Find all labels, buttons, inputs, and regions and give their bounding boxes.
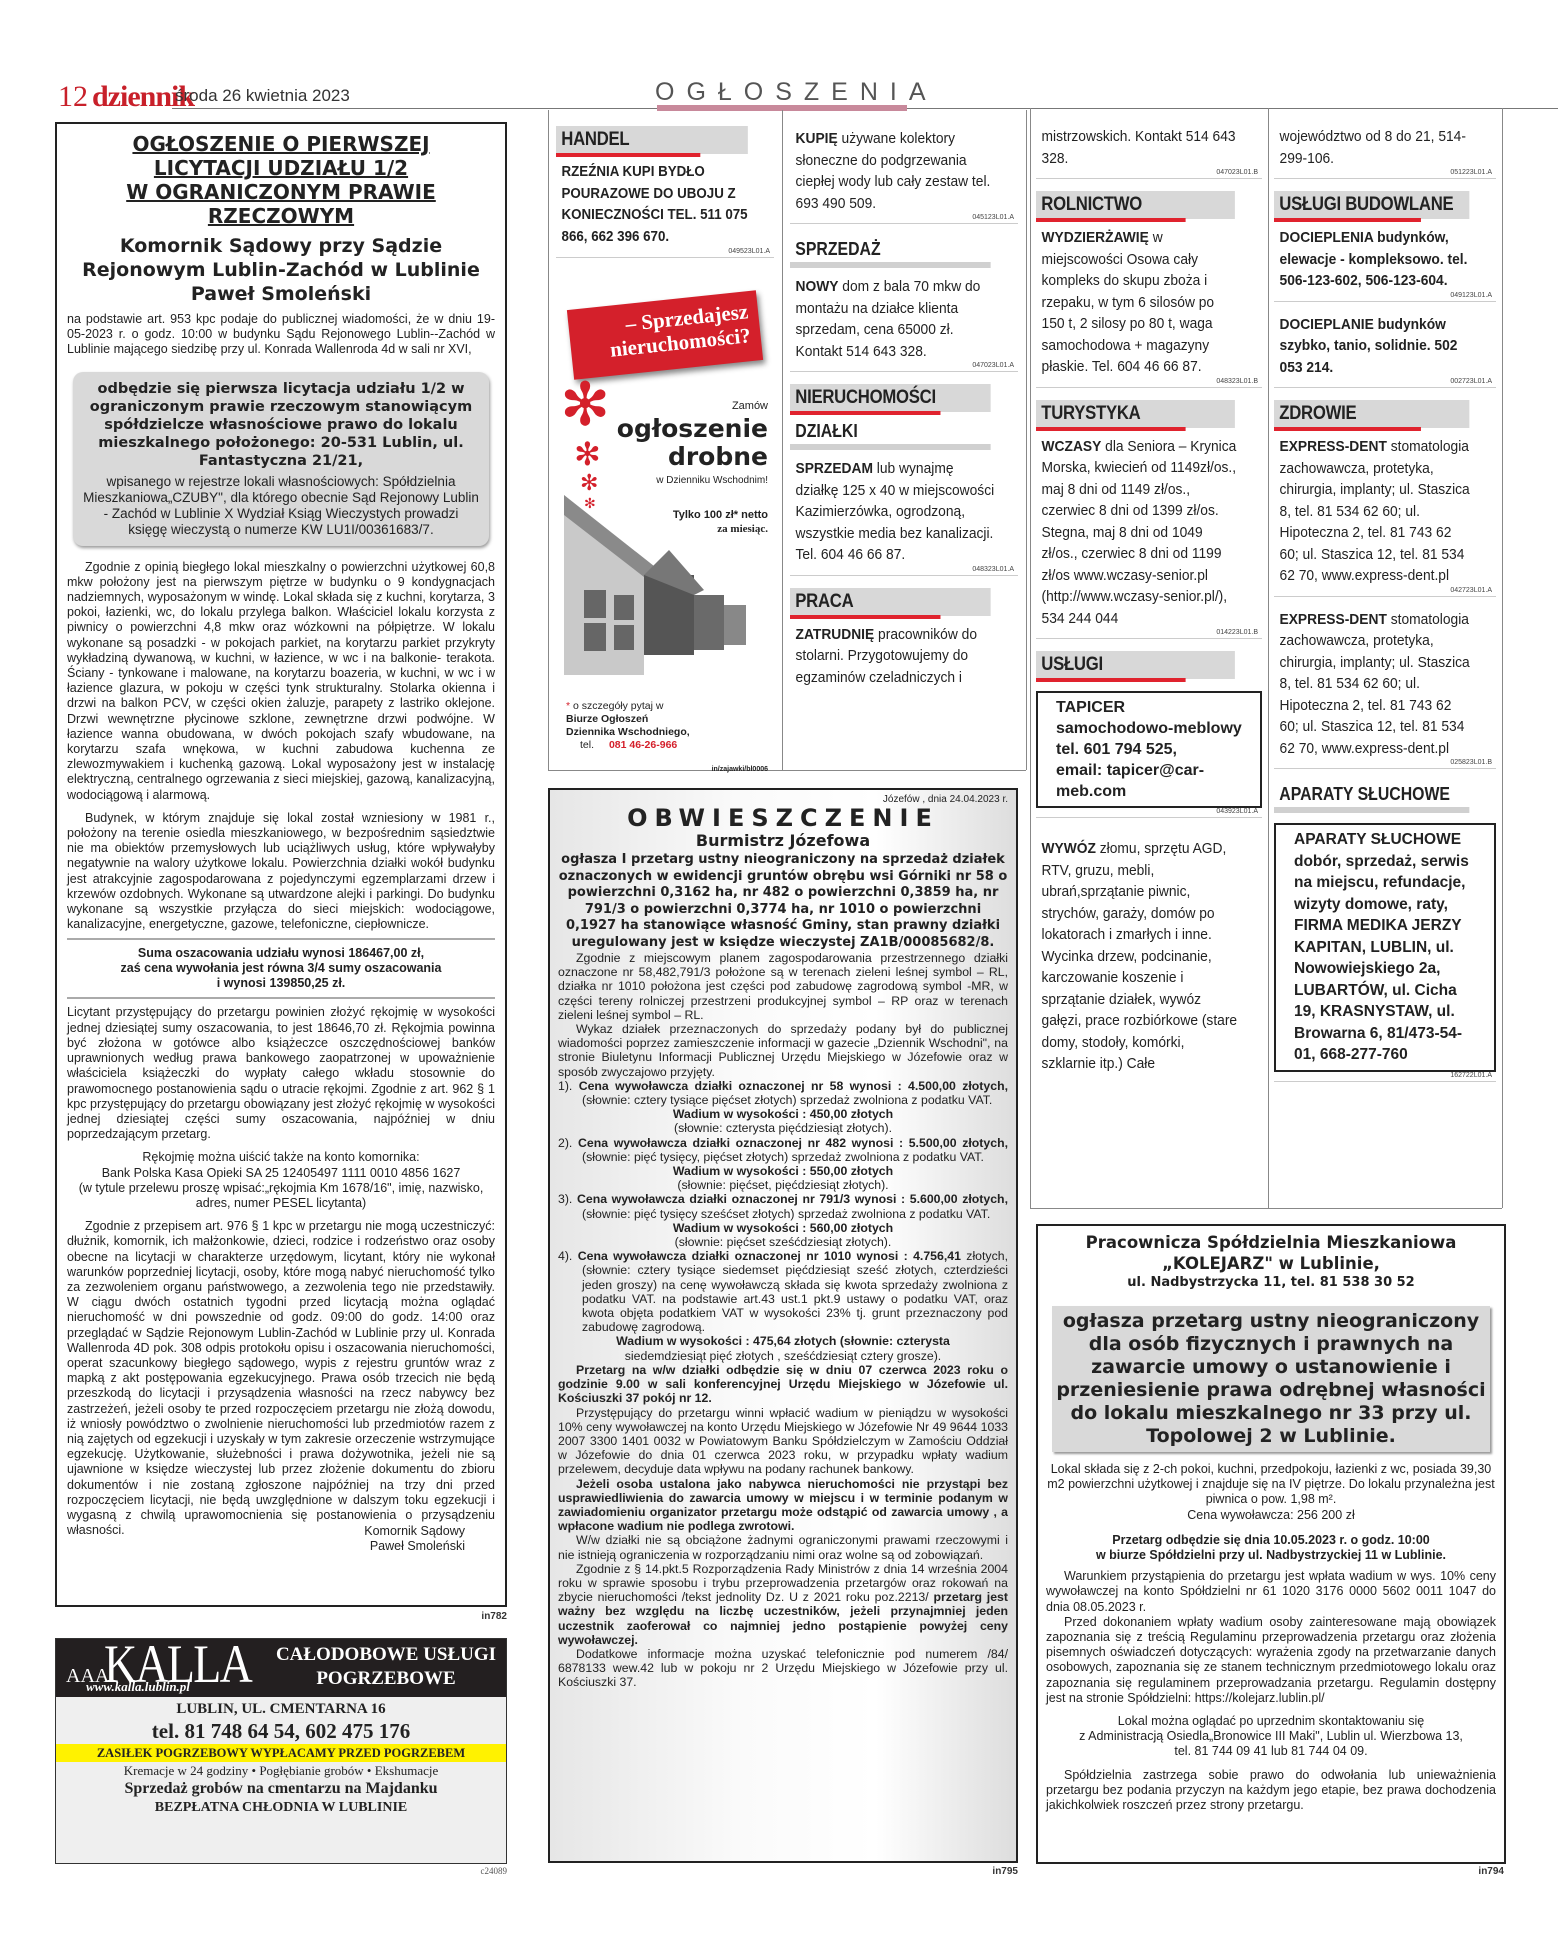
classified-ad: EXPRESS-DENT stomatologia zachowawcza, p… xyxy=(1274,428,1478,587)
ad-code: 042723L01.A xyxy=(1274,587,1496,597)
boxed-line: meb.com xyxy=(1056,781,1242,802)
boxed-line: samochodowo-meblowy xyxy=(1056,718,1242,739)
tel-label: tel. xyxy=(580,739,594,751)
asterisk-icon: ✻ xyxy=(574,435,601,473)
boxed-line: tel. 601 794 525, xyxy=(1056,739,1242,760)
flat-description: Lokal składa się z 2-ch pokoi, kuchni, p… xyxy=(1046,1462,1496,1508)
page-number: 12 xyxy=(58,80,88,114)
ad-code: 025823L01.B xyxy=(1274,759,1496,769)
notice-paragraph: Spółdzielnia zastrzega sobie prawo do od… xyxy=(1046,1768,1496,1814)
ad-code: in/zajawki/bl0006 xyxy=(712,766,768,773)
column-divider xyxy=(1502,108,1503,1208)
kalla-header: AAA KALLA www.kalla.lublin.pl CAŁODOBOWE… xyxy=(56,1639,506,1697)
boxed-line: email: tapicer@car- xyxy=(1056,760,1242,781)
ad-lead: SPRZEDAM xyxy=(796,460,873,477)
category-nieruchomosci: NIERUCHOMOŚCI xyxy=(790,384,991,412)
item-price: Cena wywoławcza działki oznaczonej nr 58… xyxy=(579,1079,1008,1093)
kalla-funeral-ad: AAA KALLA www.kalla.lublin.pl CAŁODOBOWE… xyxy=(55,1638,507,1864)
classifieds-column-3: mistrzowskich. Kontakt 514 643 328. 0470… xyxy=(1036,126,1262,1075)
footnote-line: Dziennika Wschodniego, xyxy=(566,726,690,739)
ad-lead: WYDZIERŻAWIĘ xyxy=(1042,229,1149,246)
classified-ad: DOCIEPLENIA budynków, elewacje - komplek… xyxy=(1274,219,1478,292)
kolejarz-tender-notice: Pracownicza Spółdzielnia Mieszkaniowa „K… xyxy=(1036,1224,1506,1864)
category-zdrowie: ZDROWIE xyxy=(1274,400,1469,428)
classifieds-column-4: województwo od 8 do 21, 514-299-106. 051… xyxy=(1274,126,1496,1094)
notice-paragraph: Przetarg na w/w działki odbędzie się w d… xyxy=(558,1363,1008,1406)
highlight-normal: wpisanego w rejestrze lokali własnościow… xyxy=(83,474,479,538)
promo-phone: 081 46-26-966 xyxy=(609,739,677,751)
issue-date: środa 26 kwietnia 2023 xyxy=(175,86,350,106)
tender-date-line: w biurze Spółdzielni przy ul. Nadbystrzy… xyxy=(1046,1548,1496,1563)
boxed-ad-hearing-aids: APARATY SŁUCHOWE dobór, sprzedaż, serwis… xyxy=(1274,823,1496,1072)
notice-subtitle: Burmistrz Józefowa xyxy=(558,831,1008,850)
item-text: (słownie: cztery tysiące pięćset złotych… xyxy=(582,1093,992,1107)
viewing-line: z Administracją Osiedla„Bronowice III Ma… xyxy=(1046,1729,1496,1744)
promo-ad: – Sprzedajesz nieruchomości? ✻ ✻ ✻ ✻ Zam… xyxy=(556,270,774,830)
wadium-words: (słownie: pięćset, pięćdziesiąt złotych)… xyxy=(677,1178,888,1192)
signature: Komornik Sądowy Paweł Smoleński xyxy=(67,1524,495,1554)
wadium-amount: Wadium w wysokości : 560,00 złotych xyxy=(673,1221,893,1235)
classified-ad: SPRZEDAM lub wynajmę działkę 125 x 40 w … xyxy=(790,450,1000,566)
column-divider xyxy=(1026,110,1027,770)
valuation-block: Suma oszacowania udziału wynosi 186467,0… xyxy=(67,946,495,991)
wadium: Wadium w wysokości : 450,00 złotych(słow… xyxy=(558,1107,1008,1135)
public-notice-jozefow: Józefów , dnia 24.04.2023 r. OBWIESZCZEN… xyxy=(548,788,1018,1863)
item-number: 2). xyxy=(558,1136,572,1150)
viewing-line: tel. 81 744 09 41 lub 81 744 04 09. xyxy=(1046,1744,1496,1759)
tender-headline: ogłasza przetarg ustny nieograniczony dl… xyxy=(1052,1306,1490,1452)
kalla-service-line: POGRZEBOWE xyxy=(271,1667,501,1691)
ad-code: 051223L01.A xyxy=(1274,169,1496,179)
classified-ad: ZATRUDNIĘ pracowników do stolarni. Przyg… xyxy=(790,616,1000,689)
ad-code: 045123L01.A xyxy=(790,214,1018,224)
promo-headline: ogłoszenie drobne xyxy=(617,415,768,471)
kalla-website: www.kalla.lublin.pl xyxy=(86,1679,190,1695)
notice-paragraph: Zgodnie z przepisem art. 976 § 1 kpc w p… xyxy=(67,1219,495,1538)
tender-date: Przetarg odbędzie się dnia 10.05.2023 r.… xyxy=(1046,1533,1496,1563)
category-uslugi-budowlane: USŁUGI BUDOWLANE xyxy=(1274,191,1469,219)
notice-title: OBWIESZCZENIE xyxy=(558,805,1008,831)
kalla-line: Sprzedaż grobów na cmentarzu na Majdanku xyxy=(56,1779,506,1799)
ad-code: 048323L01.B xyxy=(1036,378,1262,388)
kalla-services: CAŁODOBOWE USŁUGI POGRZEBOWE xyxy=(271,1643,501,1691)
notice-title-line: W OGRANICZONYM PRAWIE RZECZOWYM xyxy=(67,180,495,228)
ad-text: dla Seniora – Krynica Morska, kwiecień o… xyxy=(1042,438,1237,627)
signature-line: Paweł Smoleński xyxy=(67,1539,465,1554)
item-number: 1). xyxy=(558,1079,572,1093)
kalla-phone: tel. 81 748 64 54, 602 475 176 xyxy=(56,1718,506,1744)
ad-code: 049523L01.A xyxy=(556,248,774,258)
notice-highlight-box: odbędzie się pierwsza licytacja udziału … xyxy=(73,372,489,546)
boxed-ad-tapicer: TAPICER samochodowo-meblowy tel. 601 794… xyxy=(1036,691,1262,808)
classified-ad: WCZASY dla Seniora – Krynica Morska, kwi… xyxy=(1036,428,1244,630)
houses-illustration xyxy=(564,495,764,685)
valuation-line: i wynosi 139850,25 zł. xyxy=(67,976,495,991)
column-divider xyxy=(1268,108,1269,1208)
item-price: Cena wywoławcza działki oznaczonej nr 48… xyxy=(578,1136,1008,1150)
ad-text: stomatologia zachowawcza, protetyka, chi… xyxy=(1280,438,1470,584)
ad-code: 002723L01.A xyxy=(1274,378,1496,388)
classified-ad: mistrzowskich. Kontakt 514 643 328. xyxy=(1036,126,1244,169)
starting-price: Cena wywoławcza: 256 200 zł xyxy=(1046,1508,1496,1523)
ad-code: c24089 xyxy=(450,1866,507,1876)
category-turystyka: TURYSTYKA xyxy=(1036,400,1235,428)
price-list: 1). Cena wywoławcza działki oznaczonej n… xyxy=(558,1079,1008,1363)
ad-code: in795 xyxy=(960,1866,1018,1877)
item-text: (słownie: pięć tysięcy sześćset złotych)… xyxy=(582,1207,990,1221)
notice-paragraph: Dodatkowe informacje można uzyskać telef… xyxy=(558,1647,1008,1690)
viewing-info: Lokal można oglądać po uprzednim skontak… xyxy=(1046,1714,1496,1760)
classified-ad: EXPRESS-DENT stomatologia zachowawcza, p… xyxy=(1274,609,1478,760)
notice-paragraph: Zgodnie z miejscowym planem zagospodarow… xyxy=(558,951,1008,1022)
item-price: Cena wywoławcza działki oznaczonej nr 79… xyxy=(577,1192,1008,1206)
section-title: OGŁOSZENIA xyxy=(655,78,938,107)
divider xyxy=(67,997,495,999)
column-divider xyxy=(782,110,783,770)
ad-lead: KUPIĘ xyxy=(796,130,838,147)
item-text: (słownie: pięć tysięcy, pięćset złotych)… xyxy=(582,1150,984,1164)
bank-line: Rękojmię można uiścić także na konto kom… xyxy=(67,1150,495,1165)
kalla-line: Kremacje w 24 godziny • Pogłębianie grob… xyxy=(56,1762,506,1779)
coop-address: ul. Nadbystrzycka 11, tel. 81 538 30 52 xyxy=(1046,1274,1496,1292)
ad-code: 049123L01.A xyxy=(1274,292,1496,302)
wadium-amount: Wadium w wysokości : 550,00 złotych xyxy=(673,1164,893,1178)
wadium-words: siedemdziesiąt pięć złotych , sześćdzies… xyxy=(625,1349,941,1363)
category-rolnictwo: ROLNICTWO xyxy=(1036,191,1235,219)
category-handel: HANDEL xyxy=(556,126,748,154)
ad-lead: WCZASY xyxy=(1042,438,1102,455)
notice-paragraph: Wykaz działek przeznaczonych do sprzedaż… xyxy=(558,1022,1008,1079)
wadium-amount: Wadium w wysokości : 450,00 złotych xyxy=(673,1107,893,1121)
bank-line: (w tytule przelewu proszę wpisać:„rękojm… xyxy=(67,1181,495,1211)
kalla-banner: ZASIŁEK POGRZEBOWY WYPŁACAMY PRZED POGRZ… xyxy=(56,1744,506,1762)
column-divider xyxy=(548,110,549,770)
promo-headline-line: ogłoszenie xyxy=(617,415,768,443)
price-item: 2). Cena wywoławcza działki oznaczonej n… xyxy=(558,1136,1008,1164)
notice-paragraph: Przystępujący do przetargu winni wpłacić… xyxy=(558,1406,1008,1477)
notice-paragraph: Licytant przystępujący do przetargu powi… xyxy=(67,1005,495,1142)
highlight-bold: odbędzie się pierwsza licytacja udziału … xyxy=(83,380,479,470)
notice-paragraph: Zgodnie z opinią biegłego lokal mieszkal… xyxy=(67,560,495,803)
promo-order: Zamów xyxy=(732,400,768,412)
promo-banner: – Sprzedajesz nieruchomości? xyxy=(567,290,763,379)
row-divider xyxy=(1030,1208,1502,1209)
kalla-body: LUBLIN, UL. CMENTARNA 16 tel. 81 748 64 … xyxy=(56,1697,506,1863)
coop-name: Pracownicza Spółdzielnia Mieszkaniowa „K… xyxy=(1046,1232,1496,1274)
ad-lead: EXPRESS-DENT xyxy=(1280,438,1387,455)
ad-code: in782 xyxy=(450,1611,507,1622)
classified-ad: RZEŹNIA KUPI BYDŁO POURAZOWE DO UBOJU Z … xyxy=(556,154,757,248)
valuation-line: Suma oszacowania udziału wynosi 186467,0… xyxy=(67,946,495,961)
ad-lead: ZATRUDNIĘ xyxy=(796,626,875,643)
signature-line: Komornik Sądowy xyxy=(67,1524,465,1539)
notice-paragraph: W/w działki nie są obciążone żadnymi ogr… xyxy=(558,1533,1008,1561)
notice-paragraph: Jeżeli osoba ustalona jako nabywca nieru… xyxy=(558,1477,1008,1534)
wadium: Wadium w wysokości : 550,00 złotych(słow… xyxy=(558,1164,1008,1192)
category-praca: PRACA xyxy=(790,588,991,616)
notice-paragraph: Warunkiem przystąpienia do przetargu jes… xyxy=(1046,1569,1496,1615)
notice-paragraph: Przed dokonaniem wpłaty wadium osoby zai… xyxy=(1046,1615,1496,1706)
boxed-line: TAPICER xyxy=(1056,697,1242,718)
notice-title-line: OGŁOSZENIE O PIERWSZEJ xyxy=(67,132,495,156)
notice-lead: ogłasza I przetarg ustny nieograniczony … xyxy=(558,852,1008,951)
ad-lead: EXPRESS-DENT xyxy=(1280,611,1387,628)
wadium-amount: Wadium w wysokości : 475,64 złotych (sło… xyxy=(616,1334,950,1348)
ad-code: 047023L01.B xyxy=(1036,169,1262,179)
kalla-address: LUBLIN, UL. CMENTARNA 16 xyxy=(56,1697,506,1718)
wadium: Wadium w wysokości : 475,64 złotych (sło… xyxy=(558,1334,1008,1362)
item-number: 4). xyxy=(558,1249,572,1263)
promo-headline-line: drobne xyxy=(617,443,768,471)
classifieds-column-1: HANDEL RZEŹNIA KUPI BYDŁO POURAZOWE DO U… xyxy=(556,126,774,830)
wadium-words: (słownie: czterysta pięćdziesiąt złotych… xyxy=(674,1121,892,1135)
item-price: Cena wywoławcza działki oznaczonej nr 10… xyxy=(578,1249,961,1263)
footnote-line: o szczegóły pytaj w xyxy=(573,700,663,712)
classified-ad: DOCIEPLANIE budynków szybko, tanio, soli… xyxy=(1274,314,1478,379)
category-uslugi: USŁUGI xyxy=(1036,651,1235,679)
divider xyxy=(67,938,495,940)
notice-title-line: LICYTACJI UDZIAŁU 1/2 xyxy=(67,156,495,180)
ad-text: stomatologia zachowawcza, protetyka, chi… xyxy=(1280,611,1470,757)
item-number: 3). xyxy=(558,1192,572,1206)
footnote-line: Biurze Ogłoszeń xyxy=(566,713,690,726)
coop-name-line: „KOLEJARZ" w Lublinie, xyxy=(1046,1253,1496,1274)
auction-notice: OGŁOSZENIE O PIERWSZEJ LICYTACJI UDZIAŁU… xyxy=(55,122,507,1607)
ad-code: 048323L01.A xyxy=(790,566,1018,576)
promo-sub: w Dzienniku Wschodnim! xyxy=(656,475,768,486)
classified-ad: województwo od 8 do 21, 514-299-106. xyxy=(1274,126,1478,169)
tender-date-line: Przetarg odbędzie się dnia 10.05.2023 r.… xyxy=(1046,1533,1496,1548)
ad-text: w miejscowości Osowa cały kompleks do sk… xyxy=(1042,229,1215,375)
asterisk-icon: ✻ xyxy=(560,375,610,435)
kalla-line: BEZPŁATNA CHŁODNIA W LUBLINIE xyxy=(56,1799,506,1817)
ad-code: 043923L01.A xyxy=(1036,808,1262,818)
notice-paragraph: Budynek, w którym znajduje się lokal zos… xyxy=(67,811,495,933)
asterisk-icon: ✻ xyxy=(580,470,598,496)
wadium-words: (słownie: pięćset sześćdziesiąt złotych)… xyxy=(675,1235,892,1249)
column-divider xyxy=(1030,108,1031,1208)
classifieds-column-2: KUPIĘ używane kolektory słoneczne do pod… xyxy=(790,128,1018,688)
classified-ad: WYWÓZ złomu, sprzętu AGD, RTV, gruzu, me… xyxy=(1036,830,1244,1075)
coop-name-line: Pracownicza Spółdzielnia Mieszkaniowa xyxy=(1046,1232,1496,1253)
viewing-line: Lokal można oglądać po uprzednim skontak… xyxy=(1046,1714,1496,1729)
price-item: 1). Cena wywoławcza działki oznaczonej n… xyxy=(558,1079,1008,1107)
category-sprzedaz: SPRZEDAŻ xyxy=(790,236,991,268)
price-item: 4). Cena wywoławcza działki oznaczonej n… xyxy=(558,1249,1008,1334)
price-item: 3). Cena wywoławcza działki oznaczonej n… xyxy=(558,1192,1008,1220)
classified-ad: WYDZIERŻAWIĘ w miejscowości Osowa cały k… xyxy=(1036,219,1244,378)
notice-intro: na podstawie art. 953 kpc podaje do publ… xyxy=(67,312,495,358)
ad-text: złomu, sprzętu AGD, RTV, gruzu, mebli, u… xyxy=(1042,840,1238,1072)
promo-footnote: * o szczegóły pytaj w Biurze Ogłoszeń Dz… xyxy=(566,700,690,752)
ad-code: 047023L01.A xyxy=(790,362,1018,372)
kalla-service-line: CAŁODOBOWE USŁUGI xyxy=(271,1643,501,1667)
valuation-line: zaś cena wywołania jest równa 3/4 sumy o… xyxy=(67,961,495,976)
category-aparaty-sluchowe: APARATY SŁUCHOWE xyxy=(1274,781,1469,813)
ad-code: 162722L01.A xyxy=(1274,1072,1496,1082)
notice-paragraph: Zgodnie z § 14.pkt.5 Rozporządzenia Rady… xyxy=(558,1562,1008,1647)
classified-ad: NOWY dom z bala 70 mkw do montażu na dzi… xyxy=(790,268,1000,362)
ad-lead: NOWY xyxy=(796,278,839,295)
subcategory-dzialki: DZIAŁKI xyxy=(790,418,991,450)
wadium: Wadium w wysokości : 560,00 złotych(słow… xyxy=(558,1221,1008,1249)
ad-lead: WYWÓZ xyxy=(1042,840,1096,857)
classified-ad: KUPIĘ używane kolektory słoneczne do pod… xyxy=(790,128,1000,214)
bank-account-block: Rękojmię można uiścić także na konto kom… xyxy=(67,1150,495,1211)
ad-code: in794 xyxy=(1446,1866,1504,1877)
ad-code: 014223L01.B xyxy=(1036,629,1262,639)
notice-subtitle: Komornik Sądowy przy Sądzie Rejonowym Lu… xyxy=(67,234,495,306)
bank-line: Bank Polska Kasa Opieki SA 25 12405497 1… xyxy=(67,1166,495,1181)
